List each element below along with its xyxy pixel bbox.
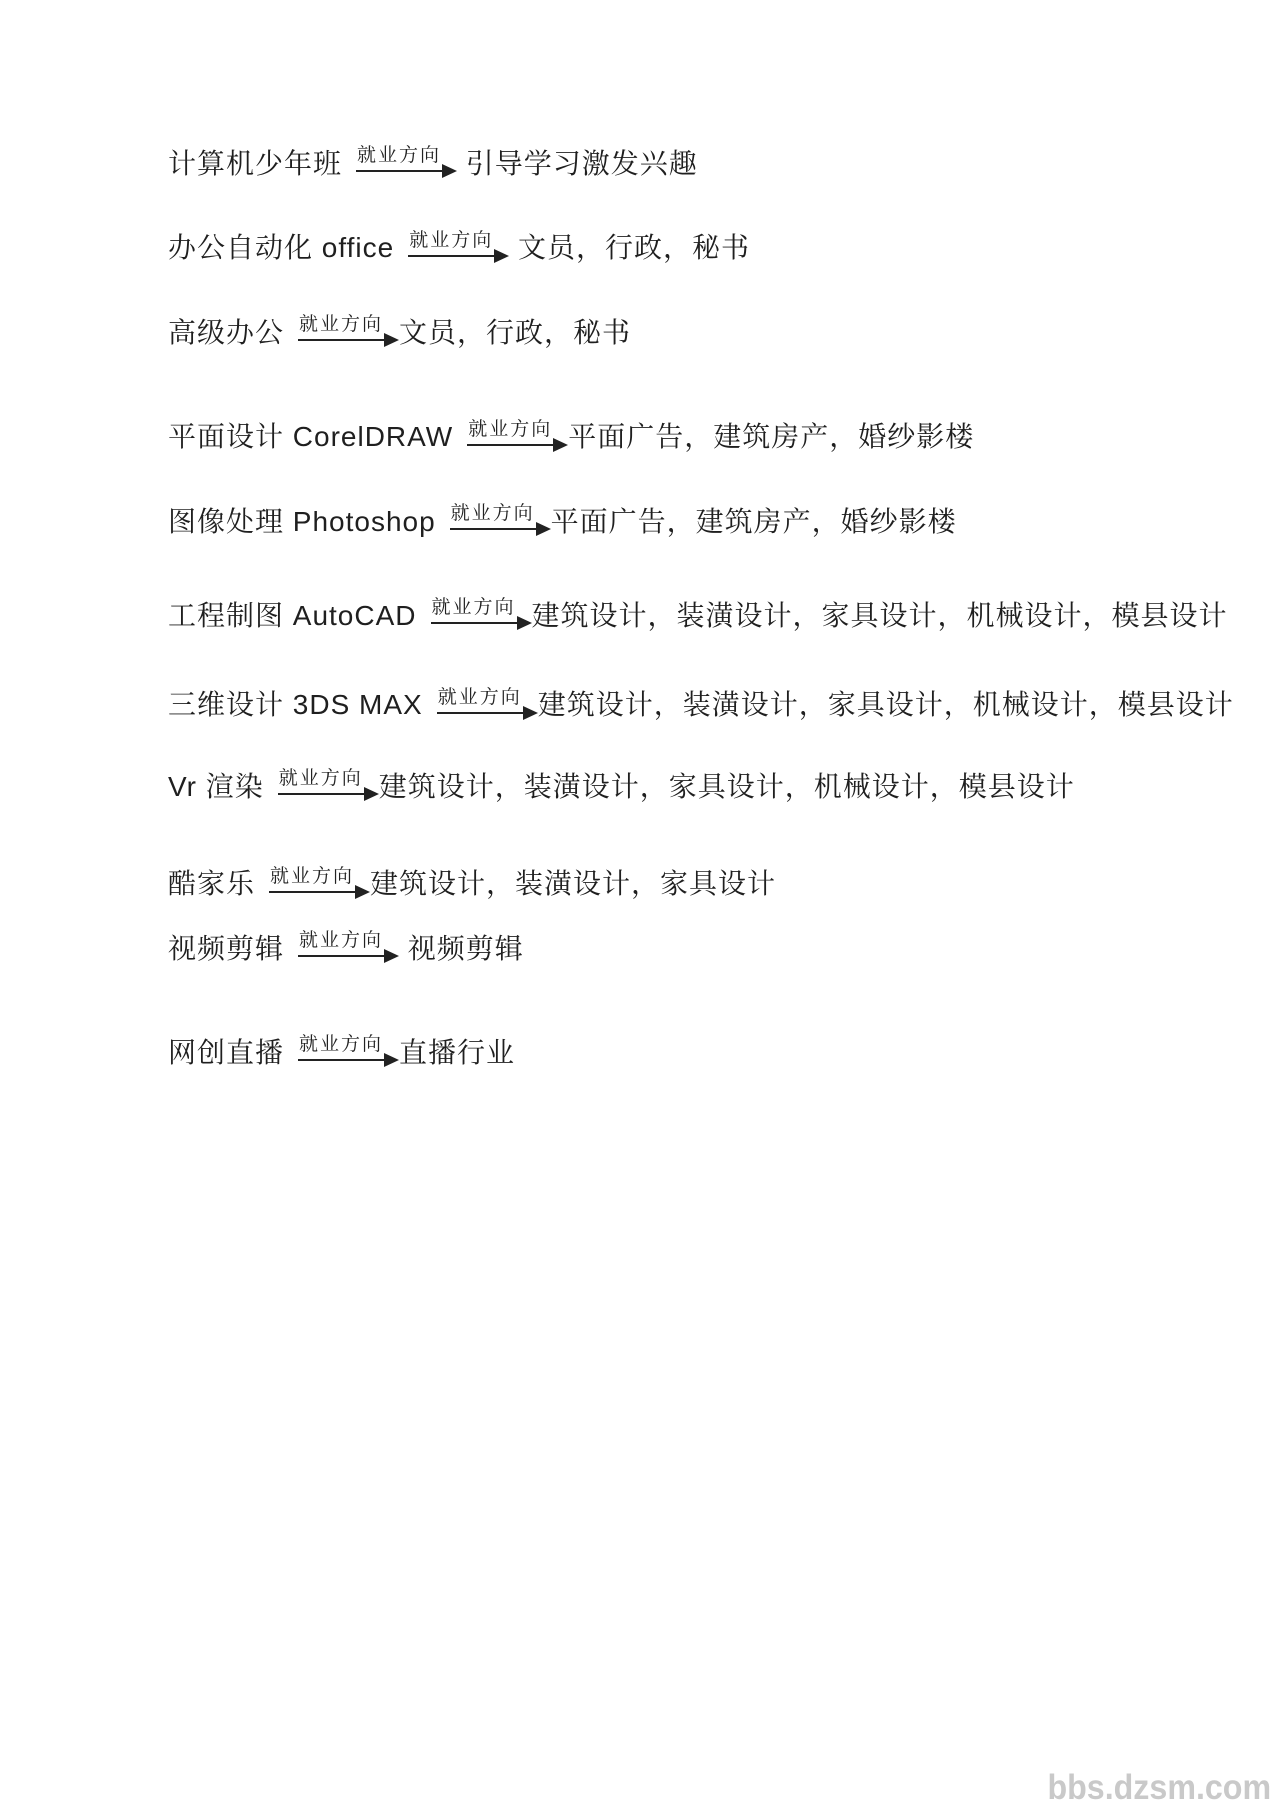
career-list: 直播行业: [399, 1035, 515, 1071]
arrow-label: 就业方向: [357, 146, 441, 165]
arrow-label: 就业方向: [299, 315, 383, 334]
course-list: 计算机少年班 就业方向 引导学习激发兴趣 办公自动化 office 就业方向 文…: [0, 0, 1273, 1071]
employment-arrow: 就业方向: [269, 867, 355, 903]
course-row: 网创直播 就业方向 直播行业: [168, 1035, 1273, 1071]
course-name: 酷家乐: [168, 866, 255, 902]
career-list: 视频剪辑: [399, 931, 524, 967]
career-list: 文员，行政，秘书: [399, 315, 631, 351]
arrow-label: 就业方向: [438, 688, 522, 707]
arrow-right-icon: [298, 1059, 384, 1061]
arrow-right-icon: [450, 528, 536, 530]
arrow-right-icon: [356, 170, 442, 172]
career-list: 建筑设计，装潢设计，家具设计，机械设计，模县设计: [538, 687, 1234, 723]
course-row: Vr 渲染 就业方向 建筑设计，装潢设计，家具设计，机械设计，模县设计: [168, 769, 1273, 805]
course-row: 图像处理 Photoshop 就业方向 平面广告，建筑房产，婚纱影楼: [168, 504, 1273, 540]
course-name: 工程制图 AutoCAD: [168, 598, 417, 634]
career-list: 平面广告，建筑房产，婚纱影楼: [568, 419, 974, 455]
course-name: 图像处理 Photoshop: [168, 504, 436, 540]
watermark: bbs.dzsm.com: [1047, 1768, 1271, 1800]
course-name: 视频剪辑: [168, 931, 284, 967]
arrow-label: 就业方向: [279, 769, 363, 788]
employment-arrow: 就业方向: [278, 769, 364, 805]
arrow-right-icon: [467, 444, 553, 446]
employment-arrow: 就业方向: [467, 420, 553, 456]
course-row: 计算机少年班 就业方向 引导学习激发兴趣: [168, 146, 1273, 182]
career-list: 文员，行政，秘书: [509, 230, 750, 266]
arrow-label: 就业方向: [270, 867, 354, 886]
arrow-label: 就业方向: [299, 1035, 383, 1054]
course-row: 酷家乐 就业方向 建筑设计，装潢设计，家具设计: [168, 866, 1273, 902]
employment-arrow: 就业方向: [437, 688, 523, 724]
arrow-right-icon: [408, 255, 494, 257]
course-name: 计算机少年班: [168, 146, 342, 182]
arrow-right-icon: [298, 955, 384, 957]
career-list: 平面广告，建筑房产，婚纱影楼: [551, 504, 957, 540]
course-name: 网创直播: [168, 1035, 284, 1071]
employment-arrow: 就业方向: [356, 146, 442, 182]
career-list: 建筑设计，装潢设计，家具设计: [370, 866, 776, 902]
arrow-right-icon: [431, 622, 517, 624]
arrow-right-icon: [437, 712, 523, 714]
arrow-right-icon: [298, 339, 384, 341]
career-list: 引导学习激发兴趣: [457, 146, 698, 182]
course-row: 三维设计 3DS MAX 就业方向 建筑设计，装潢设计，家具设计，机械设计，模县…: [168, 687, 1273, 723]
career-list: 建筑设计，装潢设计，家具设计，机械设计，模县设计: [379, 769, 1075, 805]
employment-arrow: 就业方向: [450, 504, 536, 540]
arrow-label: 就业方向: [431, 598, 515, 617]
arrow-right-icon: [278, 793, 364, 795]
course-row: 办公自动化 office 就业方向 文员，行政，秘书: [168, 230, 1273, 266]
course-row: 高级办公 就业方向 文员，行政，秘书: [168, 315, 1273, 351]
employment-arrow: 就业方向: [298, 931, 384, 967]
employment-arrow: 就业方向: [431, 598, 517, 634]
document-page: 计算机少年班 就业方向 引导学习激发兴趣 办公自动化 office 就业方向 文…: [0, 0, 1273, 1800]
course-name: 平面设计 CorelDRAW: [168, 419, 453, 455]
arrow-label: 就业方向: [451, 504, 535, 523]
employment-arrow: 就业方向: [298, 315, 384, 351]
course-name: 三维设计 3DS MAX: [168, 687, 423, 723]
course-name: Vr 渲染: [168, 769, 264, 805]
arrow-label: 就业方向: [299, 931, 383, 950]
course-row: 工程制图 AutoCAD 就业方向 建筑设计，装潢设计，家具设计，机械设计，模县…: [168, 598, 1273, 634]
course-name: 高级办公: [168, 315, 284, 351]
course-row: 视频剪辑 就业方向 视频剪辑: [168, 931, 1273, 967]
career-list: 建筑设计，装潢设计，家具设计，机械设计，模县设计: [532, 598, 1228, 634]
employment-arrow: 就业方向: [298, 1035, 384, 1071]
arrow-right-icon: [269, 891, 355, 893]
course-name: 办公自动化 office: [168, 230, 394, 266]
course-row: 平面设计 CorelDRAW 就业方向 平面广告，建筑房产，婚纱影楼: [168, 419, 1273, 455]
arrow-label: 就业方向: [409, 231, 493, 250]
employment-arrow: 就业方向: [408, 231, 494, 267]
arrow-label: 就业方向: [468, 420, 552, 439]
